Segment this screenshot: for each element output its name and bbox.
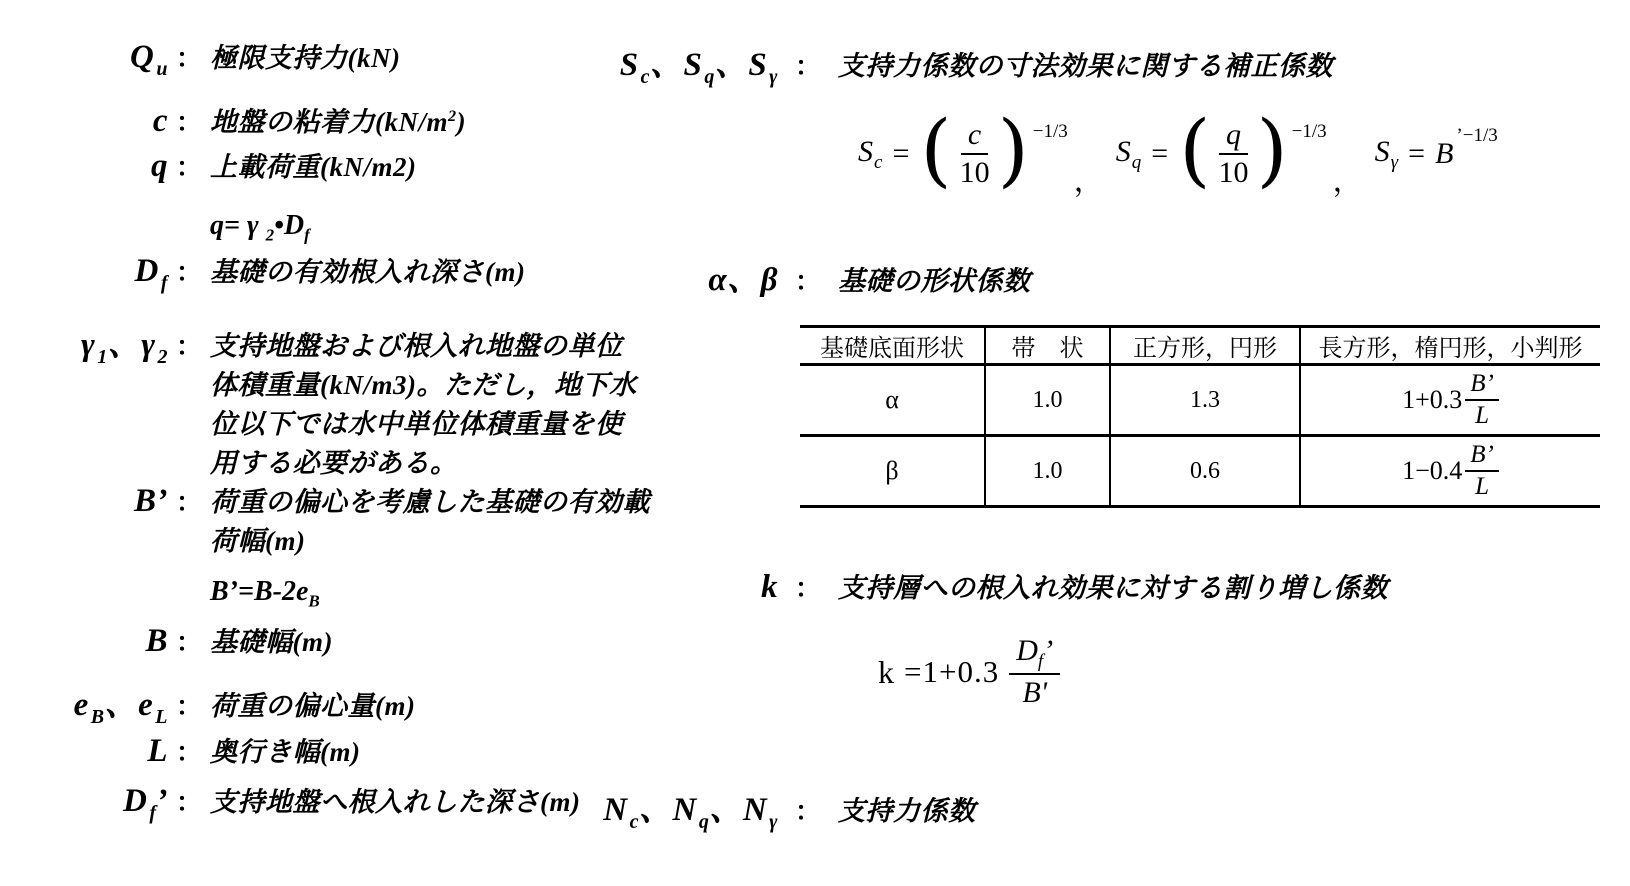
definition-text: 地盤の粘着力(kN/m2) [210, 97, 466, 142]
cell-beta-strip: 1.0 [985, 436, 1110, 507]
definition-text: 支持力係数の寸法効果に関する補正係数 [838, 47, 1333, 86]
symbol-sc-sq-sgamma: Sc、Sq、Sγ [600, 38, 778, 89]
definition-row-s-factors: Sc、Sq、Sγ ： 支持力係数の寸法効果に関する補正係数 [600, 38, 1620, 89]
definition-row-df-dash: Df’ ： 支持地盤へ根入れした深さ(m) [20, 782, 670, 825]
bdash-sub-formula: B’=B-2eB [210, 576, 320, 612]
definition-row-alpha-beta: α、β ： 基礎の形状係数 [600, 253, 1620, 301]
definition-row-eb-el: eB、eL ： 荷重の偏心量(m) [20, 678, 670, 729]
colon: ： [778, 791, 838, 828]
definition-row-c: c ： 地盤の粘着力(kN/m2) [20, 97, 670, 142]
definition-row-df: Df ： 基礎の有効根入れ深さ(m) [20, 252, 670, 295]
colon: ： [168, 732, 210, 769]
k-fraction: Df’ B' [1009, 633, 1060, 712]
definition-text: 支持地盤へ根入れした深さ(m) [210, 783, 580, 822]
q-sub-formula: q= γ 2•Df [210, 210, 310, 246]
colon: ： [168, 482, 210, 519]
cell-beta-square: 0.6 [1110, 436, 1300, 507]
cell-alpha-strip: 1.0 [985, 365, 1110, 436]
colon: ： [168, 252, 210, 289]
colon: ： [168, 38, 210, 75]
cell-alpha-label: α [800, 365, 985, 436]
symbol-b-dash: B’ [20, 483, 168, 520]
symbol-qu: Qu [20, 39, 168, 81]
definition-row-gamma: γ1、γ2 ： 支持地盤および根入れ地盤の単位体積重量(kN/m3)。ただし，地… [20, 318, 670, 483]
symbol-c: c [20, 103, 168, 140]
sq-term: Sq = ( q10 ) −1/3 [1116, 117, 1327, 191]
table-header-row: 基礎底面形状 帯 状 正方形，円形 長方形，楕円形，小判形 [800, 327, 1600, 365]
header-rectangle: 長方形，楕円形，小判形 [1300, 327, 1600, 365]
colon: ： [168, 102, 210, 139]
symbol-df: Df [20, 253, 168, 295]
header-square-circle: 正方形，円形 [1110, 327, 1300, 365]
symbol-eb-el: eB、eL [20, 678, 168, 729]
definition-text: 極限支持力(kN) [210, 39, 400, 78]
cell-beta-rect: 1−0.4B’L [1300, 436, 1600, 507]
colon: ： [168, 147, 210, 184]
definition-text: 奥行き幅(m) [210, 733, 360, 772]
definition-text: 基礎の有効根入れ深さ(m) [210, 253, 525, 292]
symbol-nc-nq-ngamma: Nc、Nq、Nγ [600, 783, 778, 834]
sgamma-term: Sγ = B ’−1/3 [1375, 135, 1498, 174]
symbol-l: L [20, 733, 168, 770]
definition-row-k: k ： 支持層への根入れ効果に対する割り増し係数 [600, 568, 1620, 608]
cell-beta-label: β [800, 436, 985, 507]
symbol-k: k [600, 569, 778, 606]
definition-row-l: L ： 奥行き幅(m) [20, 732, 670, 772]
k-rhs-prefix: =1+0.3 [904, 654, 999, 690]
definition-row-b: B ： 基礎幅(m) [20, 622, 670, 662]
colon: ： [778, 46, 838, 83]
definition-text: 基礎幅(m) [210, 623, 333, 662]
definition-text: 基礎の形状係数 [838, 262, 1031, 301]
definition-text: 荷重の偏心量(m) [210, 687, 415, 726]
colon: ： [778, 568, 838, 605]
definition-row-bdash: B’ ： 荷重の偏心を考慮した基礎の有効載荷幅(m) [20, 482, 670, 561]
colon: ： [778, 261, 838, 298]
colon: ： [168, 326, 210, 363]
definition-text: 支持力係数 [838, 792, 976, 831]
cell-alpha-square: 1.3 [1110, 365, 1300, 436]
definition-text: 支持地盤および根入れ地盤の単位体積重量(kN/m3)。ただし，地下水位以下では水… [210, 327, 638, 483]
k-lhs: k [878, 654, 894, 691]
table-row-beta: β 1.0 0.6 1−0.4B’L [800, 436, 1600, 507]
colon: ： [168, 782, 210, 819]
shape-factor-table: 基礎底面形状 帯 状 正方形，円形 長方形，楕円形，小判形 α 1.0 1.3 … [800, 325, 1600, 508]
header-base-shape: 基礎底面形状 [800, 327, 985, 365]
document-page: Qu ： 極限支持力(kN) c ： 地盤の粘着力(kN/m2) q ： 上載荷… [0, 0, 1630, 886]
symbol-gamma1-gamma2: γ1、γ2 [20, 318, 168, 369]
comma: ， [1333, 156, 1363, 200]
cell-alpha-rect: 1+0.3B’L [1300, 365, 1600, 436]
sc-term: Sc = ( c10 ) −1/3 [858, 117, 1068, 191]
definition-row-q: q ： 上載荷重(kN/m2) [20, 147, 670, 187]
colon: ： [168, 622, 210, 659]
symbol-b: B [20, 623, 168, 660]
symbol-alpha-beta: α、β [600, 253, 778, 300]
definition-row-qu: Qu ： 極限支持力(kN) [20, 38, 670, 81]
definition-row-n-factors: Nc、Nq、Nγ ： 支持力係数 [600, 783, 1620, 834]
symbol-df-dash: Df’ [20, 783, 168, 825]
definition-text: 上載荷重(kN/m2) [210, 148, 416, 187]
header-strip: 帯 状 [985, 327, 1110, 365]
k-formula: k =1+0.3 Df’ B' [878, 622, 1060, 722]
comma: ， [1074, 156, 1104, 200]
definition-text: 支持層への根入れ効果に対する割り増し係数 [838, 569, 1388, 608]
symbol-q: q [20, 148, 168, 185]
colon: ： [168, 686, 210, 723]
table-row-alpha: α 1.0 1.3 1+0.3B’L [800, 365, 1600, 436]
size-effect-formula: Sc = ( c10 ) −1/3 ， Sq = ( q10 ) −1/3 ， … [858, 98, 1498, 210]
definition-text: 荷重の偏心を考慮した基礎の有効載荷幅(m) [210, 483, 658, 561]
